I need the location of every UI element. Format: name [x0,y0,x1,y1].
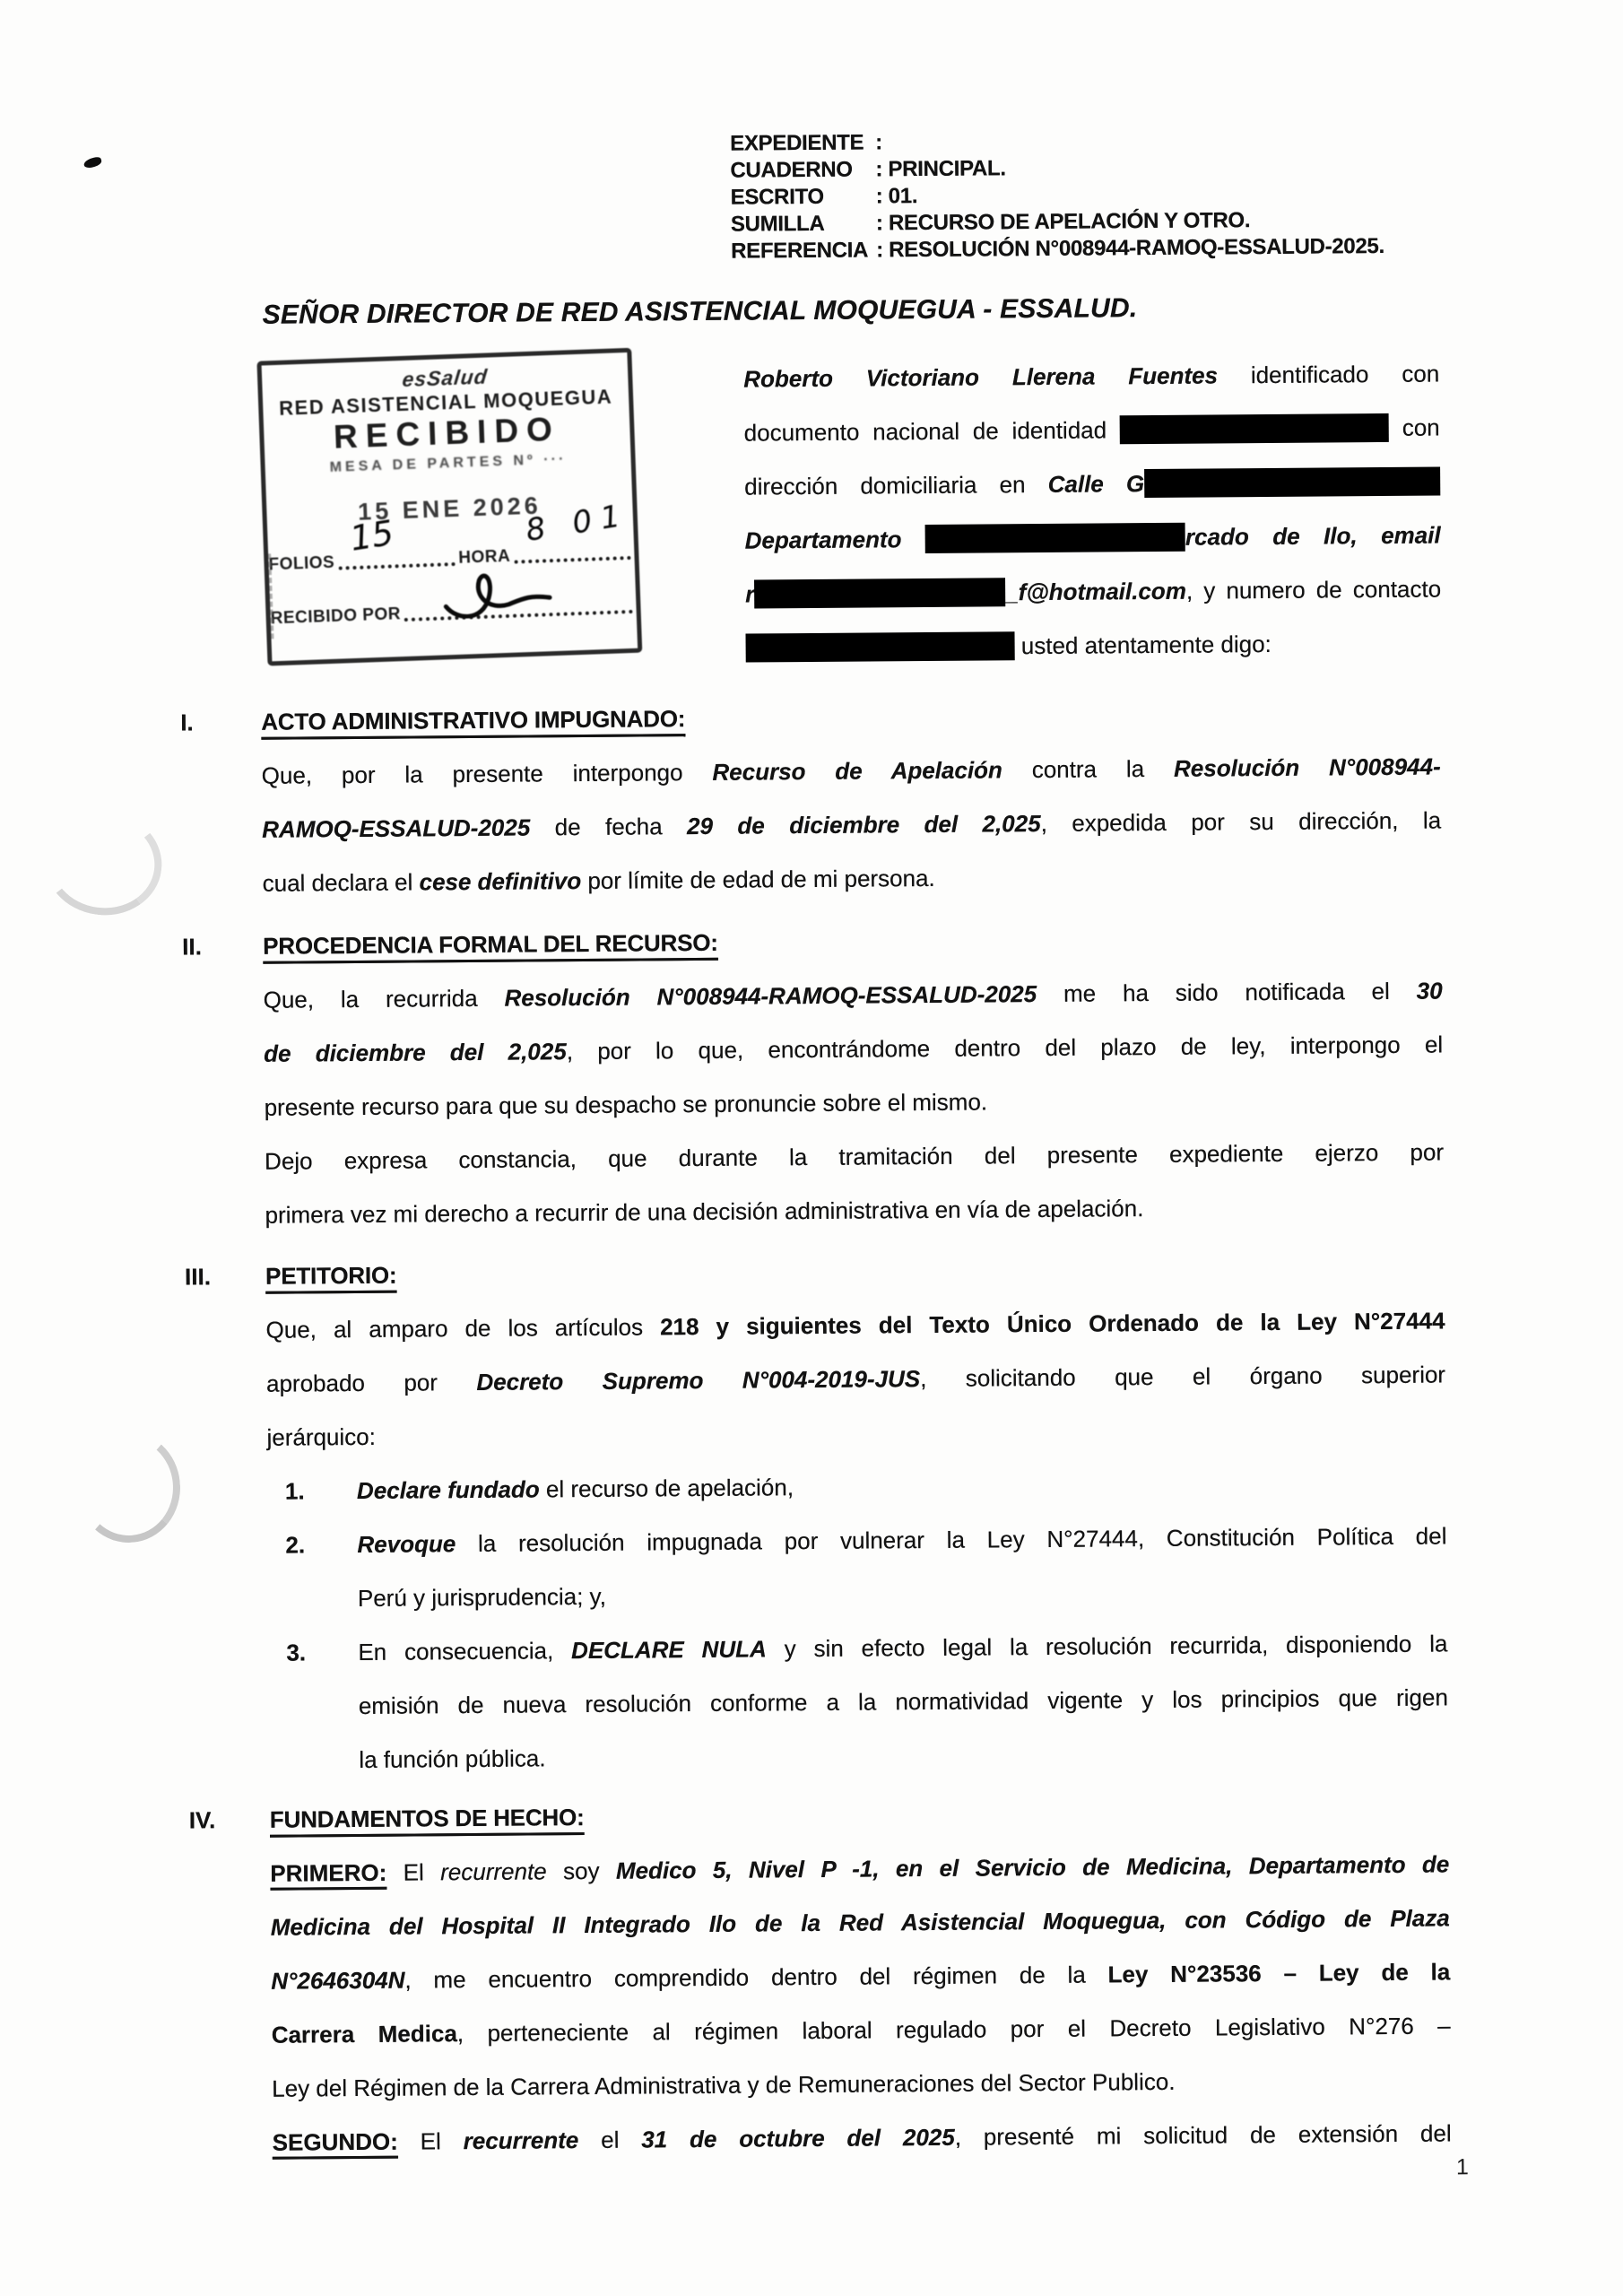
list-item: 1. Declare fundado el recurso de apelaci… [285,1455,1446,1518]
text-segment: usted atentamente digo: [1014,631,1271,659]
text-segment: con [1389,413,1440,440]
paragraph: Dejo expresa constancia, que durante la … [265,1125,1445,1241]
text-segment: 218 y siguientes del Texto Único Ordenad… [660,1307,1445,1340]
section-heading: ACTO ADMINISTRATIVO IMPUGNADO: [261,705,685,735]
text-line: SEGUNDO: El recurrente el 31 de octubre … [272,2106,1451,2169]
text-segment: recurrente [464,2126,579,2154]
section-acto-administrativo: I. ACTO ADMINISTRATIVO IMPUGNADO: Que, p… [180,685,1442,910]
intro-paragraph: Roberto Victoriano Llerena Fuentes ident… [743,346,1442,674]
ink-speck [82,156,102,170]
text-segment: me ha sido notificada el [1037,978,1417,1007]
case-header-block: EXPEDIENTE: CUADERNO: PRINCIPAL. ESCRITO… [730,126,1384,265]
text-segment: y sin efecto legal la resolución recurri… [767,1630,1448,1662]
text-segment: Que, la recurrida [264,985,505,1013]
text-segment: Resolución N°008944-RAMOQ-ESSALUD-2025 [504,980,1037,1012]
text-line: r_f@hotmail.com, y numero de contacto [745,561,1441,621]
text-segment: , me encuentro comprendido dentro del ré… [404,1961,1107,1993]
text-segment: PRIMERO: [270,1859,386,1887]
text-line: RAMOQ-ESSALUD-2025 de fecha 29 de diciem… [262,793,1441,856]
text-segment: el [578,2126,641,2154]
text-line: dirección domiciliaria en Calle G [744,454,1440,513]
header-value: : 01. [876,183,918,210]
text-line: Declare fundado el recurso de apelación, [357,1455,1446,1518]
list-marker: 3. [286,1625,306,1679]
text-segment: emisión de nueva resolución conforme a l… [359,1683,1448,1719]
text-line: cual declara el cese definitivo por lími… [262,847,1441,909]
text-segment: , y numero de contacto [1186,575,1441,604]
text-segment: Decreto Supremo N°004-2019-JUS [476,1365,920,1396]
header-value: : [875,129,882,156]
text-segment: Que, al amparo de los artículos [265,1313,660,1343]
header-label: ESCRITO [731,183,876,211]
text-segment: Resolución N°008944- [1174,752,1441,781]
scanned-sheet: EXPEDIENTE: CUADERNO: PRINCIPAL. ESCRITO… [0,0,1623,2296]
text-segment: SEGUNDO: [273,2128,398,2156]
header-value: : RESOLUCIÓN N°008944-RAMOQ-ESSALUD-2025… [876,233,1384,264]
text-line: usted atentamente digo: [745,615,1441,674]
text-segment: Dejo expresa constancia, que durante la … [265,1138,1444,1174]
list-item-text: Declare fundado el recurso de apelación, [357,1455,1446,1518]
header-row: REFERENCIA: RESOLUCIÓN N°008944-RAMOQ-ES… [731,233,1384,265]
text-segment: aprobado por [266,1369,477,1397]
text-segment: contra la [1002,755,1174,784]
section-heading: PROCEDENCIA FORMAL DEL RECURSO: [263,929,718,960]
text-segment: presente recurso para que su despacho se… [265,1088,988,1120]
text-segment: Ley del Régimen de la Carrera Administra… [272,2068,1176,2102]
text-segment: _f@hotmail.com [1005,578,1186,606]
text-segment: El [386,1858,440,1885]
text-segment: Declare fundado [357,1475,540,1504]
section-procedencia-formal: II. PROCEDENCIA FORMAL DEL RECURSO: Que,… [182,909,1445,1242]
text-line: PRIMERO: El recurrente soy Medico 5, Niv… [270,1837,1449,1900]
text-segment: Carrera Medica [272,2020,457,2048]
paragraph: Que, al amparo de los artículos 218 y si… [265,1293,1445,1464]
header-label: REFERENCIA [731,237,876,265]
text-segment: Medico 5, Nivel P -1, en el Servicio de … [616,1850,1450,1883]
text-segment: rcado de Ilo, email [1185,521,1441,550]
text-segment: primera vez mi derecho a recurrir de una… [265,1195,1143,1229]
section-numeral: II. [182,919,202,973]
text-segment: El [398,2127,464,2155]
text-segment: identificado con [1218,360,1440,388]
redaction-bar [745,631,1014,662]
document-body: I. ACTO ADMINISTRATIVO IMPUGNADO: Que, p… [180,685,1452,2170]
text-segment: por límite de edad de mi persona. [581,865,935,894]
text-line: emisión de nueva resolución conforme a l… [359,1670,1448,1733]
text-segment: N°2646304N [271,1967,404,1995]
header-value: : RECURSO DE APELACIÓN Y OTRO. [876,207,1251,237]
text-segment: , expedida por su dirección, la [1041,806,1442,837]
text-line: Que, por la presente interpongo Recurso … [261,739,1440,802]
text-segment: jerárquico: [266,1423,376,1451]
stamp-side-marks [268,541,637,639]
paragraph: PRIMERO: El recurrente soy Medico 5, Niv… [270,1837,1451,2115]
text-line: Perú y jurisprudencia; y, [358,1562,1447,1625]
text-line: Medicina del Hospital II Integrado Ilo d… [271,1891,1450,1953]
text-segment: cese definitivo [419,867,581,895]
list-marker: 2. [285,1518,305,1571]
section-fundamentos-de-hecho: IV. FUNDAMENTOS DE HECHO: PRIMERO: El re… [189,1783,1452,2170]
text-segment: Recurso de Apelación [712,756,1002,786]
redaction-bar [1120,413,1389,444]
text-line: Que, la recurrida Resolución N°008944-RA… [263,963,1442,1026]
page-title-addressee: SEÑOR DIRECTOR DE RED ASISTENCIAL MOQUEG… [263,293,1138,331]
section-petitorio: III. PETITORIO: Que, al amparo de los ar… [185,1239,1449,1787]
text-line: de diciembre del 2,025, por lo que, enco… [264,1017,1443,1080]
page-number: 1 [1456,2154,1469,2180]
received-stamp: esSalud RED ASISTENCIAL MOQUEGUA RECIBID… [256,348,642,666]
section-numeral: I. [180,695,194,749]
text-line: la función pública. [359,1724,1448,1787]
redaction-bar [754,578,1005,608]
text-line: Carrera Medica, perteneciente al régimen… [272,1998,1451,2061]
redaction-bar [1144,466,1440,498]
list-item: 2. Revoque la resolución impugnada por v… [285,1509,1447,1625]
document-page: EXPEDIENTE: CUADERNO: PRINCIPAL. ESCRITO… [0,0,1623,2296]
paragraph: SEGUNDO: El recurrente el 31 de octubre … [272,2106,1451,2169]
section-heading: PETITORIO: [265,1262,397,1290]
text-segment: 30 [1417,977,1443,1004]
text-segment: Calle G [1048,470,1145,498]
text-segment: 31 de octubre del 2025 [641,2124,955,2153]
text-line: presente recurso para que su despacho se… [264,1071,1443,1134]
redaction-bar [925,523,1185,553]
header-label: SUMILLA [731,210,876,238]
text-segment: soy [547,1857,616,1885]
header-label: CUADERNO [730,156,875,184]
text-segment: DECLARE NULA [571,1635,767,1664]
section-heading: FUNDAMENTOS DE HECHO: [270,1804,585,1833]
text-segment: Ley N°23536 – Ley de la [1107,1958,1450,1987]
text-segment: En consecuencia, [358,1637,571,1665]
text-segment: recurrente [440,1857,547,1885]
text-line: Dejo expresa constancia, que durante la … [265,1125,1444,1187]
text-segment: el recurso de apelación, [540,1474,794,1502]
text-line: documento nacional de identidad con [743,400,1439,459]
text-line: En consecuencia, DECLARE NULA y sin efec… [358,1616,1447,1679]
text-segment: la función pública. [359,1744,545,1773]
text-segment: de diciembre del 2,025 [264,1038,567,1067]
text-line: N°2646304N, me encuentro comprendido den… [271,1944,1450,2007]
text-line: Ley del Régimen de la Carrera Administra… [272,2052,1451,2115]
text-segment: , solicitando que el órgano superior [920,1361,1445,1392]
text-line: jerárquico: [266,1401,1445,1464]
text-segment: RAMOQ-ESSALUD-2025 [262,813,530,842]
text-segment: Departamento [745,526,926,554]
list-item-text: Revoque la resolución impugnada por vuln… [357,1509,1447,1625]
text-line: Departamento rcado de Ilo, email [744,508,1440,567]
text-line: aprobado por Decreto Supremo N°004-2019-… [266,1347,1445,1410]
text-segment: , por lo que, encontrándome dentro del p… [567,1031,1444,1065]
text-segment: r [745,580,754,607]
text-segment: Medicina del Hospital II Integrado Ilo d… [271,1904,1450,1940]
pen-smudge-mark [72,1428,184,1547]
paragraph: Que, por la presente interpongo Recurso … [261,739,1441,909]
text-segment: 29 de diciembre del 2,025 [687,810,1041,839]
text-line: primera vez mi derecho a recurrir de una… [265,1178,1444,1241]
paragraph: Que, la recurrida Resolución N°008944-RA… [263,963,1443,1134]
text-line: Que, al amparo de los artículos 218 y si… [265,1293,1445,1356]
text-segment: la resolución impugnada por vulnerar la … [456,1522,1446,1557]
text-segment: , presenté mi solicitud de extensión del [955,2119,1452,2150]
text-segment: documento nacional de identidad [744,416,1120,446]
text-segment: Perú y jurisprudencia; y, [358,1583,606,1612]
text-segment: dirección domiciliaria en [744,471,1048,500]
text-segment: Que, por la presente interpongo [262,759,713,789]
header-label: EXPEDIENTE [730,129,875,157]
text-segment: cual declara el [263,868,420,896]
text-line: Roberto Victoriano Llerena Fuentes ident… [743,346,1439,405]
list-item: 3. En consecuencia, DECLARE NULA y sin e… [286,1616,1448,1787]
text-segment: , perteneciente al régimen laboral regul… [457,2012,1451,2047]
pen-smudge-mark [38,804,168,922]
text-line: Revoque la resolución impugnada por vuln… [357,1509,1446,1571]
text-segment: de fecha [530,813,687,840]
text-segment: Revoque [357,1530,456,1558]
list-item-text: En consecuencia, DECLARE NULA y sin efec… [358,1616,1448,1787]
list-marker: 1. [285,1464,305,1518]
section-numeral: III. [185,1249,211,1303]
header-value: : PRINCIPAL. [875,155,1006,183]
text-segment: Roberto Victoriano Llerena Fuentes [743,361,1218,392]
section-numeral: IV. [189,1793,216,1847]
